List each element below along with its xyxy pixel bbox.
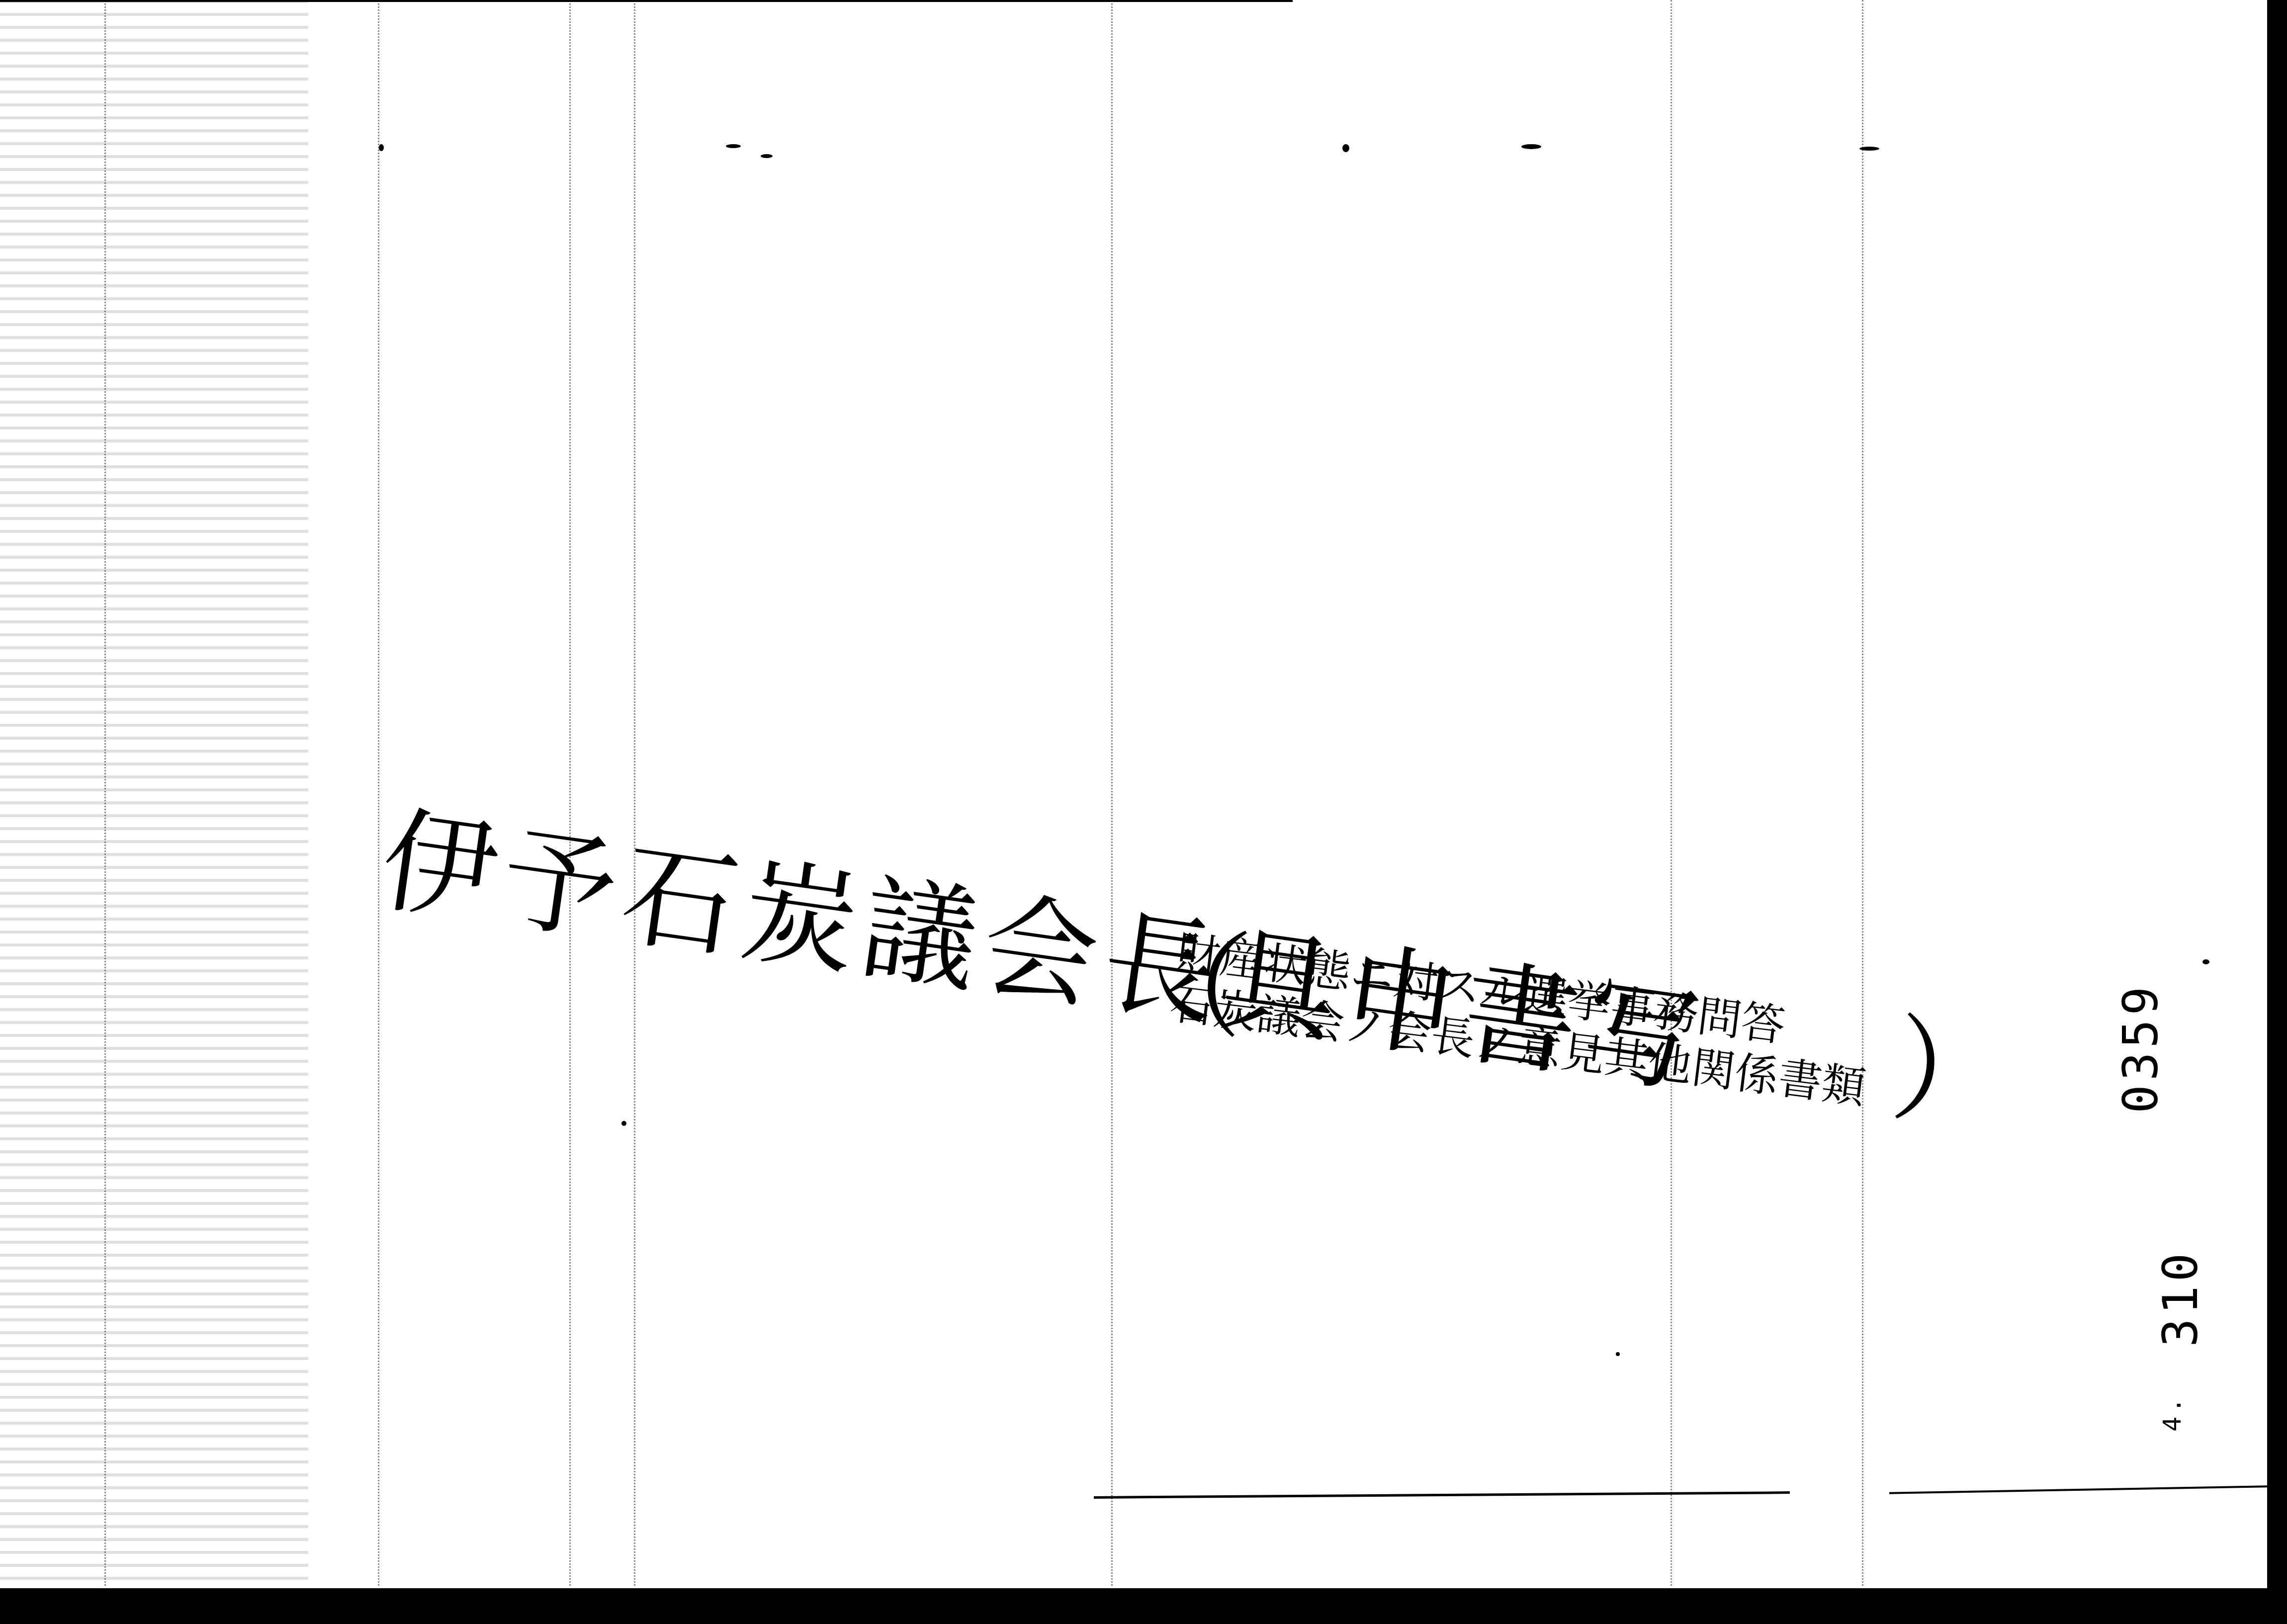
fold-line [1671,0,1672,1586]
fold-line [569,0,571,1586]
scan-speck [1342,144,1349,152]
fold-line [1111,0,1113,1586]
scan-border-right [2267,0,2287,1624]
scanned-page: 伊予石炭議会長具申書写 （ 財産状態ニ対スル選挙事務問答 石炭議会ノ会長ノ意見其… [0,0,2267,1596]
scan-speck [2202,959,2209,964]
scan-speck [761,154,773,158]
scan-border-bottom [0,1588,2287,1624]
scan-speck [379,144,384,151]
open-parenthesis: （ [1127,922,1254,1044]
folio-number-stamp: 0359 [2113,983,2169,1113]
left-margin-noise [0,0,308,1596]
document-subtitle: （ 財産状態ニ対スル選挙事務問答 石炭議会ノ会長ノ意見其他関係書類 ） [1157,925,1960,1130]
scan-speck [621,1121,626,1126]
top-edge-line [0,0,1293,2]
bottom-edge-line [1094,1491,1790,1499]
fold-line [104,0,106,1586]
scan-speck [726,144,741,148]
bottom-edge-line [1889,1485,2267,1494]
scan-speck [1859,147,1879,151]
close-parenthesis: ） [1887,1015,2014,1137]
prefix-mark-stamp: 4. [2158,1394,2187,1432]
fold-line [634,0,635,1586]
fold-line [1862,0,1863,1586]
reel-number-stamp: 310 [2153,1249,2208,1347]
fold-line [378,0,379,1586]
scan-speck [1521,144,1541,149]
scan-speck [1616,1352,1620,1356]
